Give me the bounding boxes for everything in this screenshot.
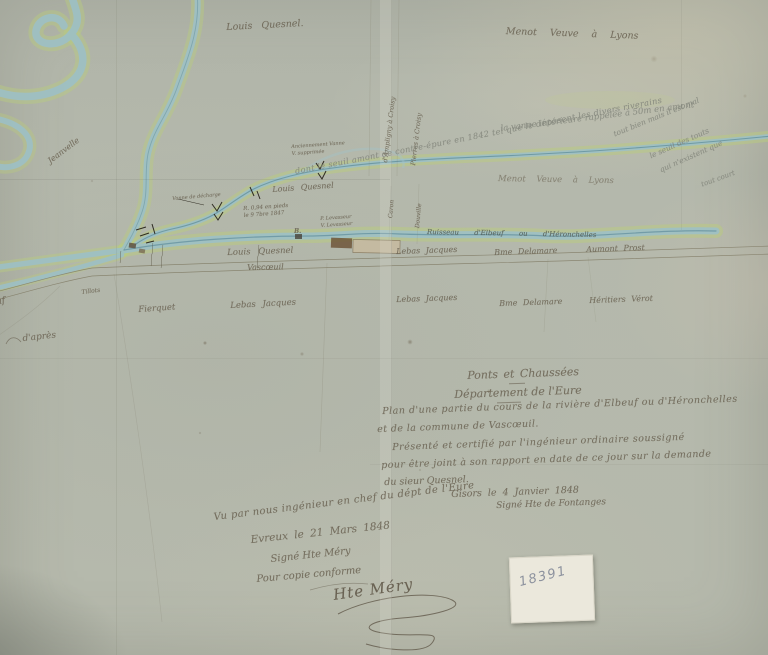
label-hamlet: Jeanvelle [46,136,81,165]
fold-line-horizontal-2 [0,358,768,359]
approval-line-3: Signé Hte Méry [270,546,351,565]
label-river-name: Ruisseau d'Elbeuf ou d'Héronchelles [427,228,597,239]
label-owner-mid: Louis Quesnel [227,246,293,258]
label-owner-row1-1: Bme Delamare [494,246,557,257]
label-road-name: Vascœuil [247,262,284,272]
sticker-number: 18391 [517,564,568,590]
title-line-5: Présenté et certifié par l'ingénieur ord… [392,432,685,453]
label-mill-line2: V. Levasseur [320,221,352,230]
approval-signature: Hte Méry [332,575,414,604]
label-mill: P. Levasseur V. Levasseur [320,214,353,230]
label-owner-row1-0: Lebas Jacques [396,245,457,256]
label-road-vertical-4: Douville [414,203,423,228]
label-owner-row2-4: Héritiers Vérot [589,294,653,305]
label-owner-row1-2: Aumont Prost [586,243,645,254]
label-road-vertical-3: Caron [387,200,396,219]
title-line-2: Département de l'Eure [454,384,582,401]
pencil-note-right-4: tout court [700,169,736,189]
approval-line-2: Evreux le 21 Mars 1848 [250,519,390,546]
map-canvas: Louis Quesnel. Menot Veuve à Lyons d'Amp… [0,0,768,655]
label-sluice: Vanne de décharge [172,192,221,202]
pencil-note-main: dont le seuil amont de contre-épure en 1… [294,95,663,176]
label-owner-row2-1: Lebas Jacques [230,298,296,311]
archive-sticker: 18391 [509,555,595,624]
label-old-sluice: Anciennement Vanne V. supprimée [291,140,345,158]
approval-line-1: Vu par nous ingénieur en chef du dépt de… [213,480,475,523]
approval-line-4: Pour copie conforme [256,565,362,585]
label-owner-row2-0: Fierquet [138,302,176,315]
label-owner-top: Louis Quesnel. [226,18,304,33]
title-underline-1 [509,383,525,385]
title-line-9: Signé Hte de Fontanges [496,497,606,511]
title-line-6: pour être joint à son rapport en date de… [381,448,712,471]
fold-line-left [116,0,117,655]
label-road-vertical-2: Pierres à Croisy [409,113,423,166]
fold-line-right [681,0,682,230]
label-upper-stream-owner: Louis Quesnel [272,181,334,194]
label-owner-row2-2: Lebas Jacques [396,293,457,304]
label-benchmark: R. 0,94 en pieds le 9 7bre 1847 [243,203,289,220]
label-tillots: Tillots [81,287,101,296]
label-edge-left-2: d'après [22,330,56,343]
label-edge-left: Elbeuf [0,296,6,311]
label-owner-mid-right: Menot Veuve à Lyons [498,174,614,186]
edge-flourish [6,338,21,344]
label-owner-row2-3: Bme Delamare [499,297,562,308]
title-line-4: et de la commune de Vascœuil. [377,418,539,435]
label-owner-top-right: Menot Veuve à Lyons [506,26,639,42]
title-line-1: Ponts et Chaussées [467,365,579,382]
label-b-mark: B. [294,228,301,235]
river-waterlines [124,0,768,250]
